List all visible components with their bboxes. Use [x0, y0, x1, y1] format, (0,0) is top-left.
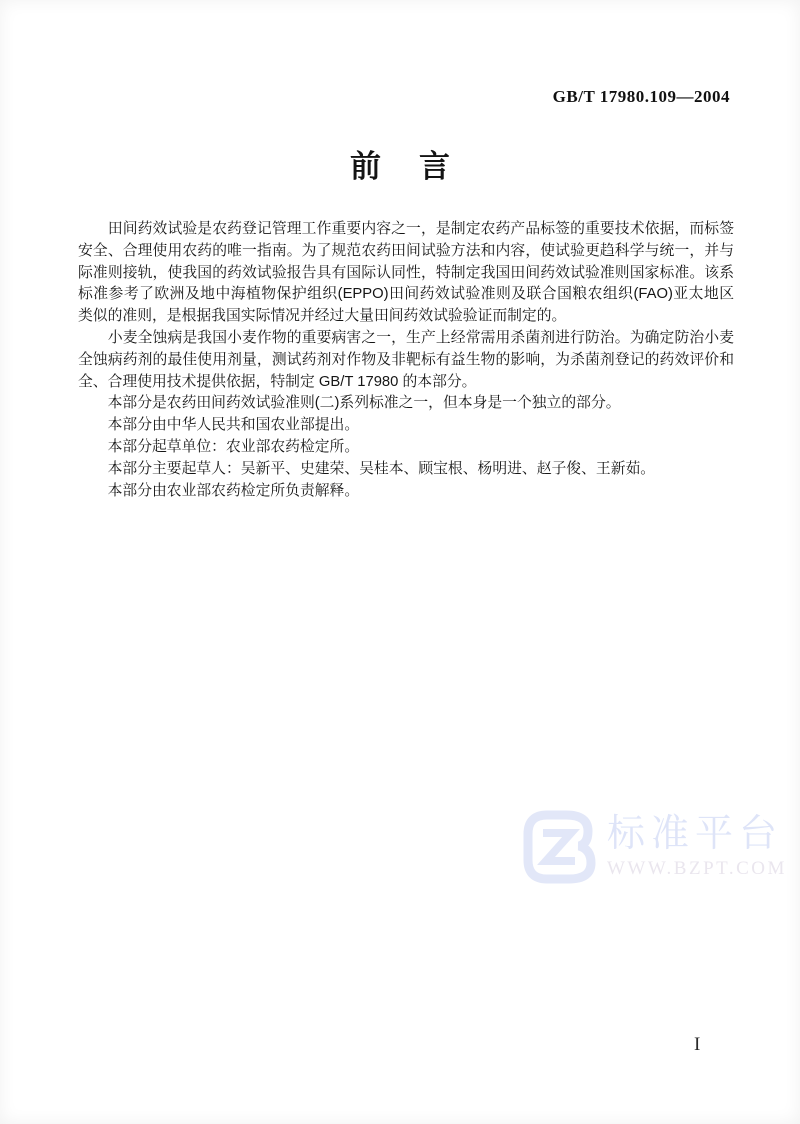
- foreword-line: 安全、合理使用农药的唯一指南。为了规范农药田间试验方法和内容，使试验更趋科学与统…: [78, 241, 734, 263]
- foreword-line: 小麦全蚀病是我国小麦作物的重要病害之一，生产上经常需用杀菌剂进行防治。为确定防治…: [78, 328, 734, 350]
- foreword-line: 本部分由农业部农药检定所负责解释。: [78, 481, 734, 503]
- foreword-line: 本部分由中华人民共和国农业部提出。: [78, 415, 734, 437]
- foreword-line: 本部分是农药田间药效试验准则(二)系列标准之一，但本身是一个独立的部分。: [78, 393, 734, 415]
- foreword-line: 际准则接轨，使我国的药效试验报告具有国际认同性，特制定我国田间药效试验准则国家标…: [78, 263, 734, 285]
- foreword-line: 本部分主要起草人：吴新平、史建荣、吴桂本、顾宝根、杨明进、赵子俊、王新茹。: [78, 459, 734, 481]
- watermark-text: 标准平台 WWW.BZPT.COM: [607, 806, 787, 880]
- foreword-body: 田间药效试验是农药登记管理工作重要内容之一，是制定农药产品标签的重要技术依据，而…: [78, 219, 734, 502]
- foreword-line: 田间药效试验是农药登记管理工作重要内容之一，是制定农药产品标签的重要技术依据，而…: [78, 219, 734, 241]
- watermark-brand-name: 标准平台: [607, 814, 787, 854]
- bzpt-logo-icon: [519, 806, 601, 888]
- foreword-line: 类似的准则，是根据我国实际情况并经过大量田间药效试验验证而制定的。: [78, 306, 734, 328]
- page-title: 前言: [0, 148, 800, 186]
- foreword-line: 本部分起草单位：农业部农药检定所。: [78, 437, 734, 459]
- foreword-line: 标准参考了欧洲及地中海植物保护组织(EPPO)田间药效试验准则及联合国粮农组织(…: [78, 284, 734, 306]
- document-page: GB/T 17980.109—2004 前言 田间药效试验是农药登记管理工作重要…: [0, 0, 800, 1124]
- foreword-line: 全蚀病药剂的最佳使用剂量，测试药剂对作物及非靶标有益生物的影响，为杀菌剂登记的药…: [78, 350, 734, 372]
- watermark-url: WWW.BZPT.COM: [607, 858, 787, 880]
- standard-code: GB/T 17980.109—2004: [553, 87, 730, 107]
- watermark: 标准平台 WWW.BZPT.COM: [519, 806, 787, 888]
- foreword-line: 全、合理使用技术提供依据，特制定 GB/T 17980 的本部分。: [78, 372, 734, 394]
- page-number: I: [694, 1034, 700, 1056]
